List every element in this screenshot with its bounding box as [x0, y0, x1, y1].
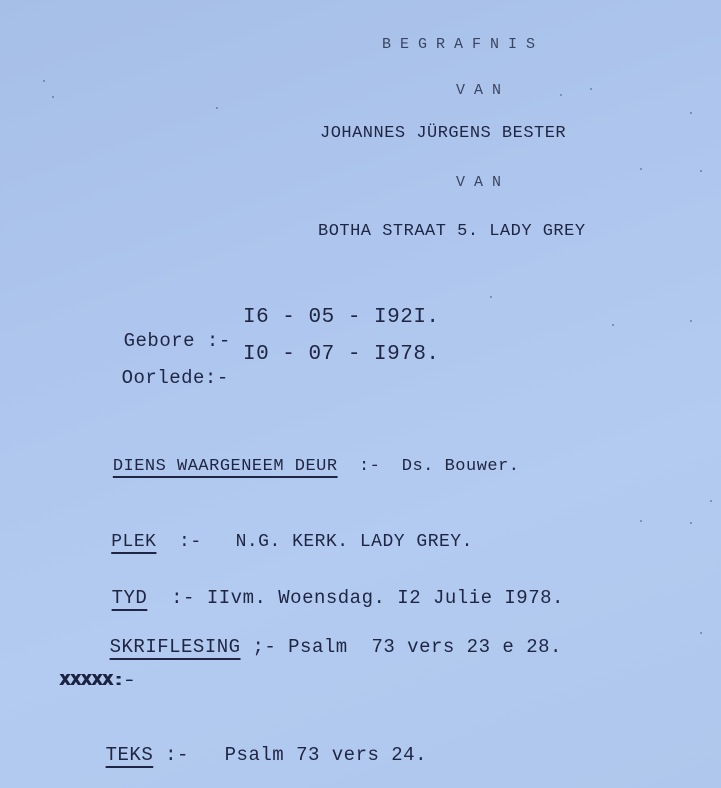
- document-title: BEGRAFNIS: [382, 36, 544, 53]
- place-row: PLEK :- N.G. KERK. LADY GREY.: [66, 512, 473, 572]
- paper-speck: [640, 520, 642, 522]
- time-label: TYD: [112, 587, 148, 609]
- reading-label: SKRIFLESING: [110, 636, 241, 658]
- reading-separator: ;-: [252, 636, 276, 658]
- paper-speck: [700, 170, 702, 172]
- time-value: IIvm. Woensdag. I2 Julie I978.: [207, 587, 564, 609]
- paper-speck: [52, 96, 54, 98]
- paper-speck: [690, 522, 692, 524]
- officiant-value: Ds. Bouwer.: [402, 457, 520, 476]
- paper-speck: [612, 324, 614, 326]
- sermon-text-value: Psalm 73 vers 24.: [225, 744, 427, 766]
- place-separator: :-: [179, 532, 202, 552]
- died-value: I0 - 07 - I978.: [243, 343, 440, 366]
- sermon-text-separator: :-: [165, 744, 189, 766]
- paper-speck: [640, 168, 642, 170]
- paper-speck: [690, 320, 692, 322]
- died-label: Oorlede:-: [122, 367, 229, 389]
- paper-speck: [700, 632, 702, 634]
- paper-speck: [590, 88, 592, 90]
- born-value: I6 - 05 - I92I.: [243, 306, 440, 329]
- typed-document: BEGRAFNIS VAN JOHANNES JÜRGENS BESTER VA…: [0, 0, 721, 788]
- struck-label: XXXXX:-: [60, 672, 135, 691]
- paper-speck: [560, 94, 562, 96]
- van-line-1: VAN: [456, 82, 510, 99]
- reading-row: SKRIFLESING ;- Psalm 73 vers 23 e 28.: [62, 614, 562, 680]
- officiant-separator: :-: [359, 457, 380, 476]
- paper-speck: [690, 112, 692, 114]
- sermon-text-label: TEKS: [106, 744, 154, 766]
- officiant-label: DIENS WAARGENEEM DEUR: [113, 457, 338, 476]
- place-label: PLEK: [111, 532, 156, 552]
- paper-speck: [710, 500, 712, 502]
- sermon-text-row: TEKS :- Psalm 73 vers 24.: [58, 722, 427, 788]
- paper-speck: [43, 80, 45, 82]
- reading-value: Psalm 73 vers 23 e 28.: [288, 636, 562, 658]
- time-separator: :-: [171, 587, 195, 609]
- died-row: Oorlede:-: [74, 345, 229, 411]
- officiant-row: DIENS WAARGENEEM DEUR :- Ds. Bouwer.: [70, 438, 520, 495]
- van-line-2: VAN: [456, 174, 510, 191]
- place-value: N.G. KERK. LADY GREY.: [236, 532, 473, 552]
- deceased-address: BOTHA STRAAT 5. LADY GREY: [318, 222, 586, 241]
- deceased-name: JOHANNES JÜRGENS BESTER: [320, 124, 566, 143]
- paper-speck: [216, 107, 218, 109]
- paper-speck: [490, 296, 492, 298]
